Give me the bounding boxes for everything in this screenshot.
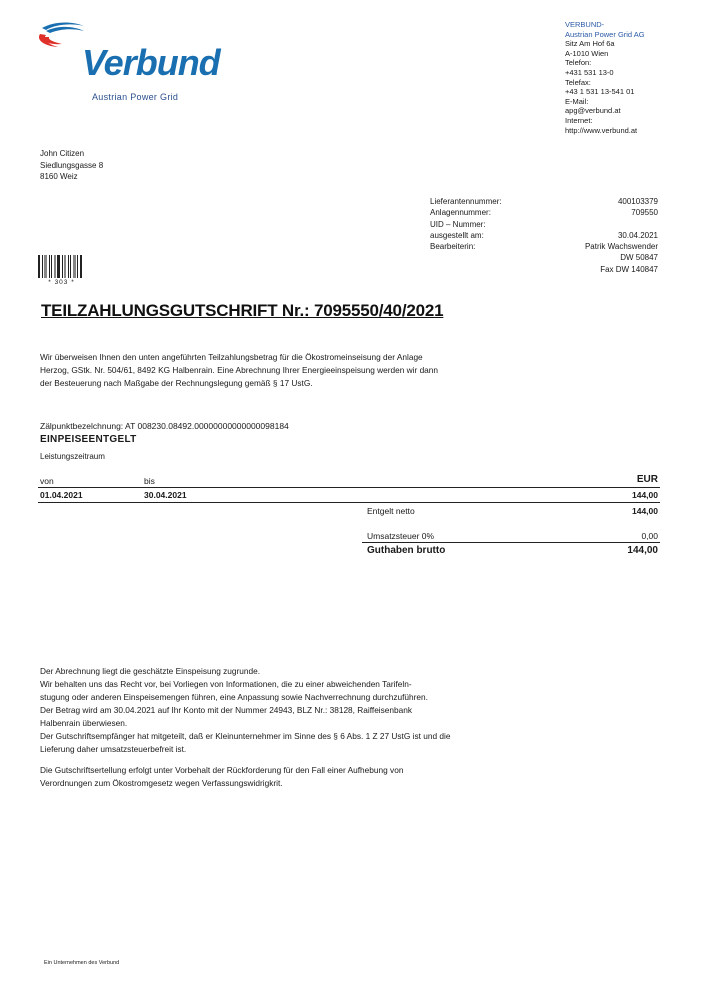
logo-subtitle: Austrian Power Grid xyxy=(92,92,178,102)
row-amount: 144,00 xyxy=(632,490,658,500)
header-to: bis xyxy=(144,476,155,486)
notes-block-1: Der Abrechnung liegt die geschätzte Eins… xyxy=(40,665,680,756)
note-line: Der Gutschriftsempfänger hat mitgeteilt,… xyxy=(40,730,680,743)
company-info-line: Internet: xyxy=(565,116,645,126)
meta-row: Fax DW 140847 xyxy=(430,264,658,275)
meta-row: DW 50847 xyxy=(430,252,658,263)
meta-value: Fax DW 140847 xyxy=(600,264,658,275)
meta-row: Bearbeiterin:Patrik Wachswender xyxy=(430,241,658,252)
recipient-city: 8160 Weiz xyxy=(40,171,103,183)
company-info: VERBUND-Austrian Power Grid AGSitz Am Ho… xyxy=(565,20,645,135)
note-line: Die Gutschriftsertellung erfolgt unter V… xyxy=(40,764,680,777)
company-info-line: apg@verbund.at xyxy=(565,106,645,116)
note-line: stugung oder anderen Einspeisemengen füh… xyxy=(40,691,680,704)
row-to: 30.04.2021 xyxy=(144,490,187,500)
recipient-address: John Citizen Siedlungsgasse 8 8160 Weiz xyxy=(40,148,103,183)
gross-value: 144,00 xyxy=(627,545,658,556)
intro-paragraph: Wir überweisen Ihnen den unten angeführt… xyxy=(40,351,640,390)
barcode-icon xyxy=(38,255,85,278)
company-info-line: VERBUND- xyxy=(565,20,645,30)
note-line: Lieferung daher umsatzsteuerbefreit ist. xyxy=(40,743,680,756)
note-line: Der Abrechnung liegt die geschätzte Eins… xyxy=(40,665,680,678)
tax-value: 0,00 xyxy=(641,531,658,541)
gross-label: Guthaben brutto xyxy=(367,545,445,556)
note-line: Halbenrain überwiesen. xyxy=(40,717,680,730)
document-title: TEILZAHLUNGSGUTSCHRIFT Nr.: 7095550/40/2… xyxy=(41,301,443,321)
company-info-line: Sitz Am Hof 6a xyxy=(565,39,645,49)
meta-label: Bearbeiterin: xyxy=(430,241,475,252)
company-info-line: A-1010 Wien xyxy=(565,49,645,59)
note-line: Wir behalten uns das Recht vor, bei Vorl… xyxy=(40,678,680,691)
company-info-line: http://www.verbund.at xyxy=(565,126,645,136)
meta-row: Lieferantennummer:400103379 xyxy=(430,196,658,207)
meta-value: 400103379 xyxy=(618,196,658,207)
company-info-line: Telefon: xyxy=(565,58,645,68)
meta-label: UID – Nummer: xyxy=(430,219,486,230)
company-info-line: E-Mail: xyxy=(565,97,645,107)
meta-label: Lieferantennummer: xyxy=(430,196,502,207)
logo-wordmark: Verbund xyxy=(82,42,220,84)
net-label: Entgelt netto xyxy=(367,506,415,516)
footer-text: Ein Unternehmen des Verbund xyxy=(44,960,119,966)
metering-point-id: Zälpunktbezelchnung: AT 008230.08492.000… xyxy=(40,421,289,431)
intro-line: Herzog, GStk. Nr. 504/61, 8492 KG Halben… xyxy=(40,364,640,377)
net-value: 144,00 xyxy=(632,506,658,516)
notes-block-2: Die Gutschriftsertellung erfolgt unter V… xyxy=(40,764,680,790)
table-divider xyxy=(38,487,660,488)
document-meta: Lieferantennummer:400103379Anlagennummer… xyxy=(430,196,658,275)
recipient-street: Siedlungsgasse 8 xyxy=(40,160,103,172)
verbund-swirl-logo-icon xyxy=(36,20,86,56)
section-title: EINPEISEENTGELT xyxy=(40,434,137,445)
period-label: Leistungszeitraum xyxy=(40,452,105,461)
meta-value: 709550 xyxy=(631,207,658,218)
intro-line: Wir überweisen Ihnen den unten angeführt… xyxy=(40,351,640,364)
note-line: Verordnungen zum Ökostromgesetz wegen Ve… xyxy=(40,777,680,790)
barcode-label: * 303 * xyxy=(38,279,85,286)
note-line: Der Betrag wird am 30.04.2021 auf Ihr Ko… xyxy=(40,704,680,717)
notes: Der Abrechnung liegt die geschätzte Eins… xyxy=(40,665,680,790)
meta-label: ausgestellt am: xyxy=(430,230,484,241)
meta-row: ausgestellt am:30.04.2021 xyxy=(430,230,658,241)
row-from: 01.04.2021 xyxy=(40,490,83,500)
company-info-line: Telefax: xyxy=(565,78,645,88)
meta-value: Patrik Wachswender xyxy=(585,241,658,252)
table-divider xyxy=(38,502,660,503)
header-from: von xyxy=(40,476,54,486)
company-info-line: Austrian Power Grid AG xyxy=(565,30,645,40)
meta-row: UID – Nummer: xyxy=(430,219,658,230)
meta-label: Anlagennummer: xyxy=(430,207,491,218)
barcode: * 303 * xyxy=(38,255,85,285)
company-info-line: +431 531 13-0 xyxy=(565,68,645,78)
intro-line: der Besteuerung nach Maßgabe der Rechnun… xyxy=(40,377,640,390)
meta-row: Anlagennummer:709550 xyxy=(430,207,658,218)
meta-value: 30.04.2021 xyxy=(618,230,658,241)
meta-value: DW 50847 xyxy=(620,252,658,263)
tax-label: Umsatzsteuer 0% xyxy=(367,531,434,541)
company-logo: Verbund Austrian Power Grid xyxy=(36,20,226,110)
recipient-name: John Citizen xyxy=(40,148,103,160)
company-info-line: +43 1 531 13-541 01 xyxy=(565,87,645,97)
header-currency: EUR xyxy=(637,474,658,485)
summary-divider xyxy=(362,542,660,543)
